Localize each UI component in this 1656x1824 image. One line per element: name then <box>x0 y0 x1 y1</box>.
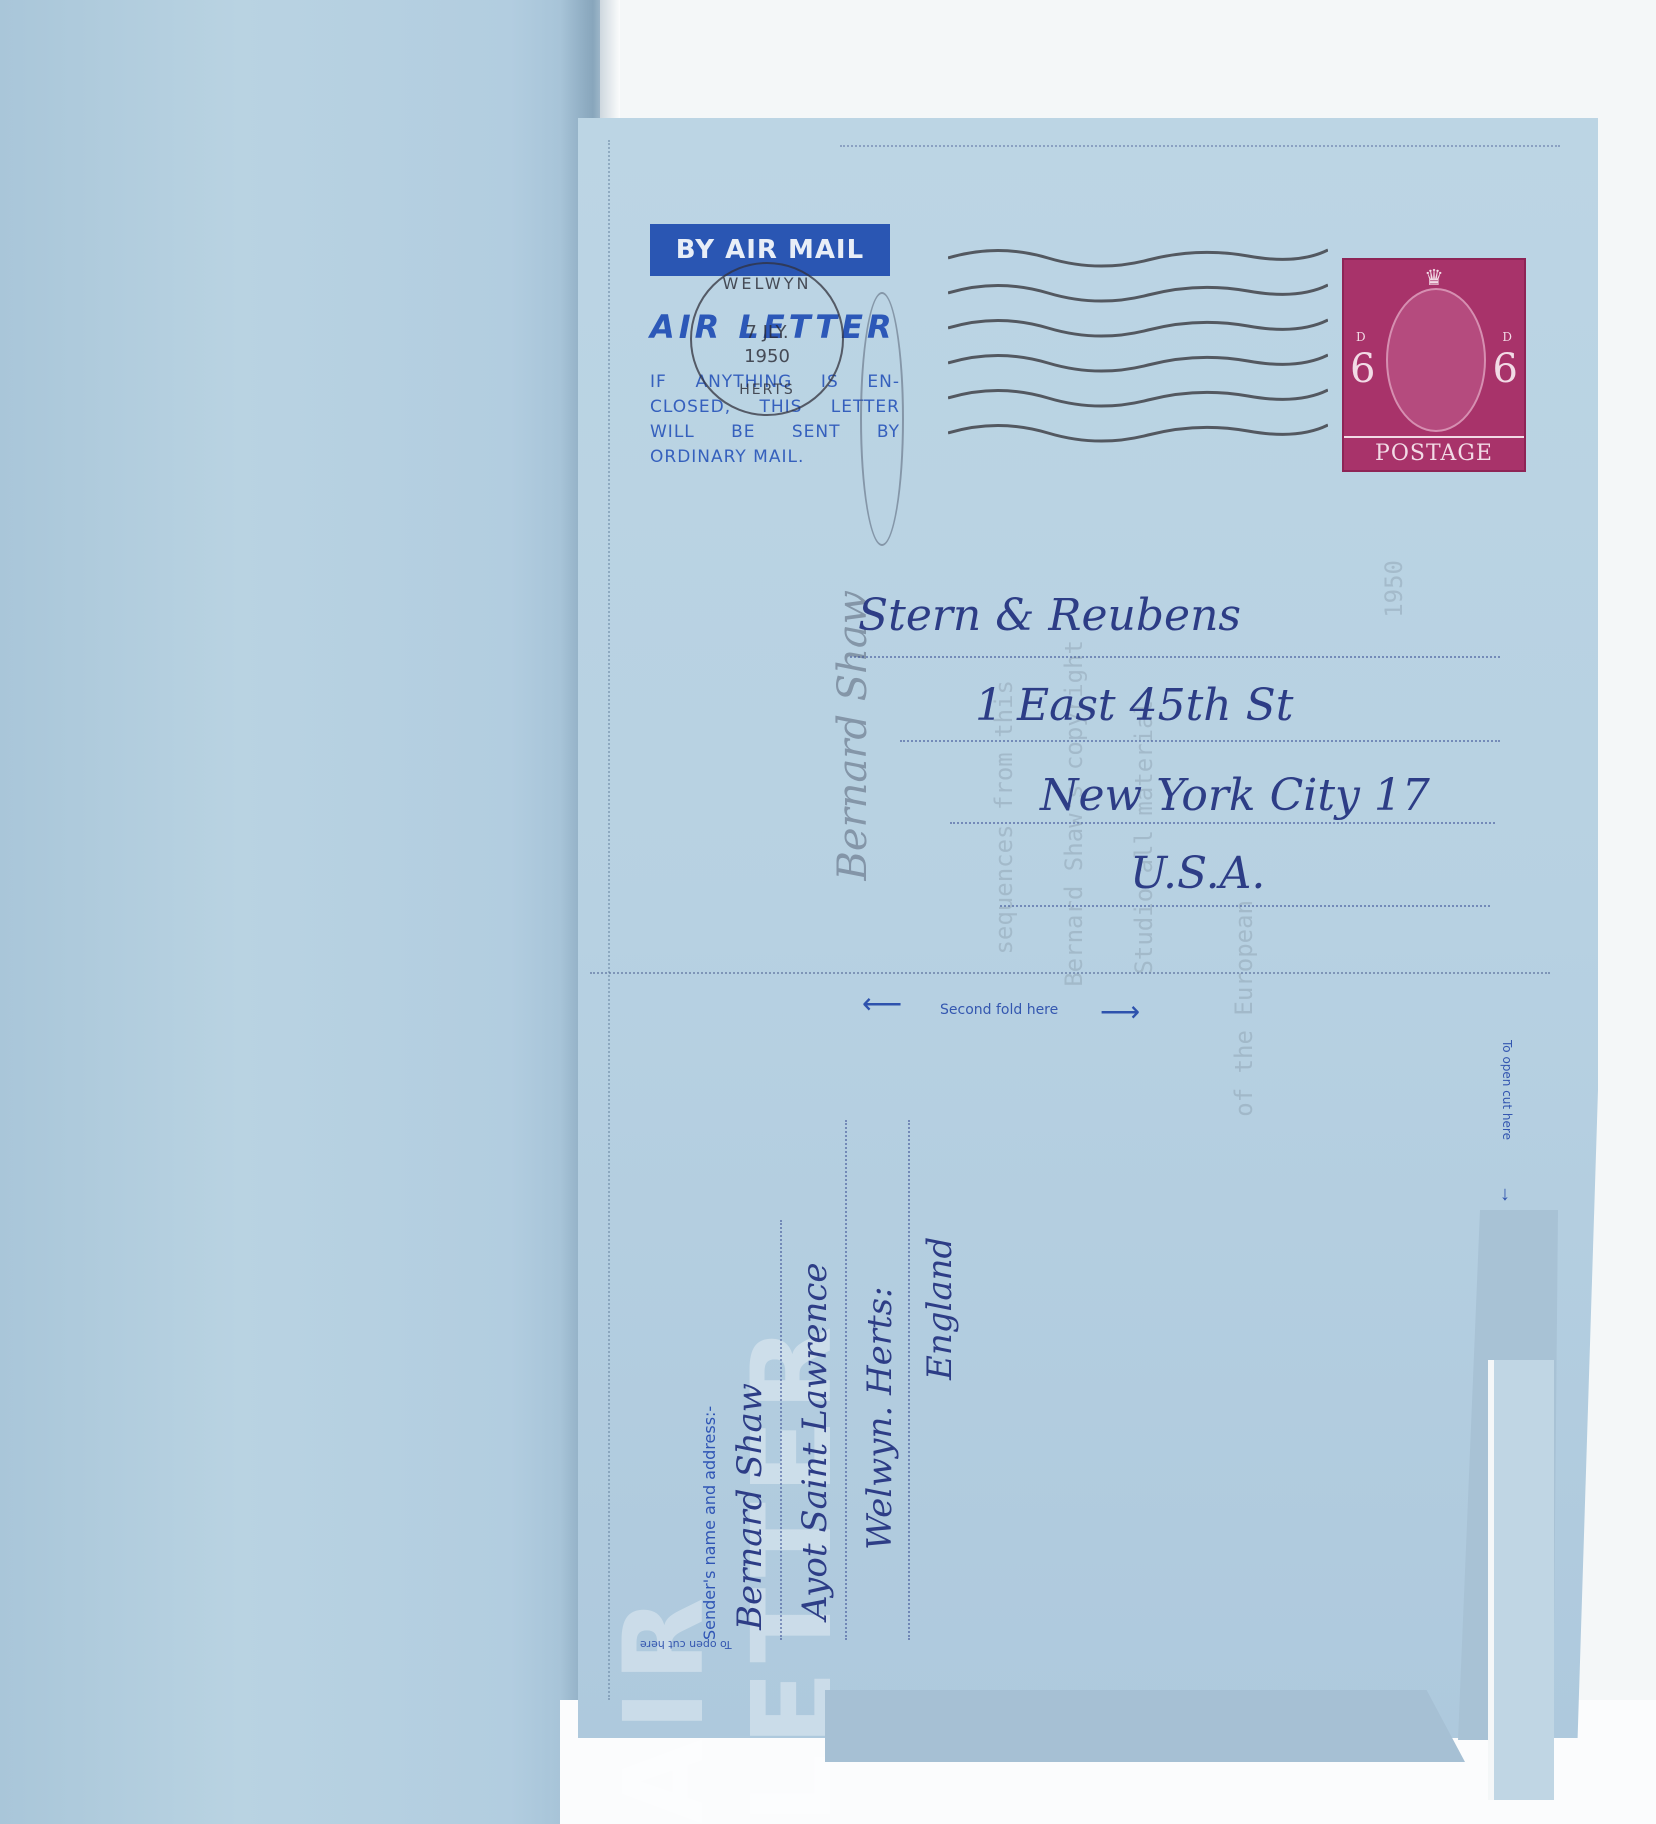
sender-country: England <box>920 1237 960 1380</box>
address-rule <box>850 656 1500 658</box>
letter-flap <box>825 1690 1465 1762</box>
king-portrait <box>1386 288 1486 432</box>
top-fold-line <box>840 145 1560 147</box>
second-fold-label: Second fold here <box>940 1002 1058 1018</box>
open-cut-label: To open cut here <box>1500 1040 1514 1140</box>
recipient-country: U.S.A. <box>1130 848 1265 899</box>
address-rule <box>950 822 1495 824</box>
show-through-text: 1950 <box>1380 560 1408 618</box>
sender-name: Bernard Shaw <box>730 1383 770 1630</box>
arrow-right-icon: ⟶ <box>1100 998 1140 1026</box>
stamp-unit: D <box>1502 330 1512 344</box>
sender-rule <box>845 1120 847 1640</box>
sender-rule <box>908 1120 910 1640</box>
recipient-city: New York City 17 <box>1040 770 1430 821</box>
recipient-name: Stern & Reubens <box>858 590 1241 641</box>
stamp-value: 6 <box>1350 346 1375 392</box>
sender-block: Sender's name and address:- Bernard Shaw… <box>680 1080 1040 1640</box>
arrow-left-icon: ⟵ <box>862 990 902 1018</box>
postmark-town: WELWYN <box>692 274 842 293</box>
letter-flap <box>1488 1360 1554 1800</box>
crown-icon: ♛ <box>1404 266 1464 291</box>
sender-label: Sender's name and address:- <box>700 1406 719 1640</box>
pencil-mark <box>860 292 904 546</box>
address-rule <box>1000 905 1490 907</box>
sender-street: Ayot Saint Lawrence <box>795 1262 835 1620</box>
wavy-cancellation-icon <box>948 238 1328 458</box>
stamp-unit: D <box>1356 330 1366 344</box>
show-through-text: of the European <box>1230 900 1258 1117</box>
arrow-down-icon: ↓ <box>1500 1180 1510 1208</box>
sender-rule <box>780 1220 782 1640</box>
recipient-street: 1 East 45th St <box>975 680 1293 731</box>
sender-town: Welwyn. Herts: <box>860 1286 900 1550</box>
stamp-postage-label: POSTAGE <box>1344 436 1524 470</box>
book-left-page <box>0 0 600 1824</box>
second-fold-line <box>590 972 1550 974</box>
postmark-date: 7 JLY. <box>692 322 842 343</box>
postmark-year: 1950 <box>692 346 842 367</box>
postmark-county: HERTS <box>692 382 842 398</box>
postage-stamp: ♛ D D 6 6 POSTAGE <box>1342 258 1526 472</box>
stamp-value: 6 <box>1493 346 1518 392</box>
address-rule <box>900 740 1500 742</box>
postmark: WELWYN 7 JLY. 1950 HERTS <box>690 262 844 416</box>
